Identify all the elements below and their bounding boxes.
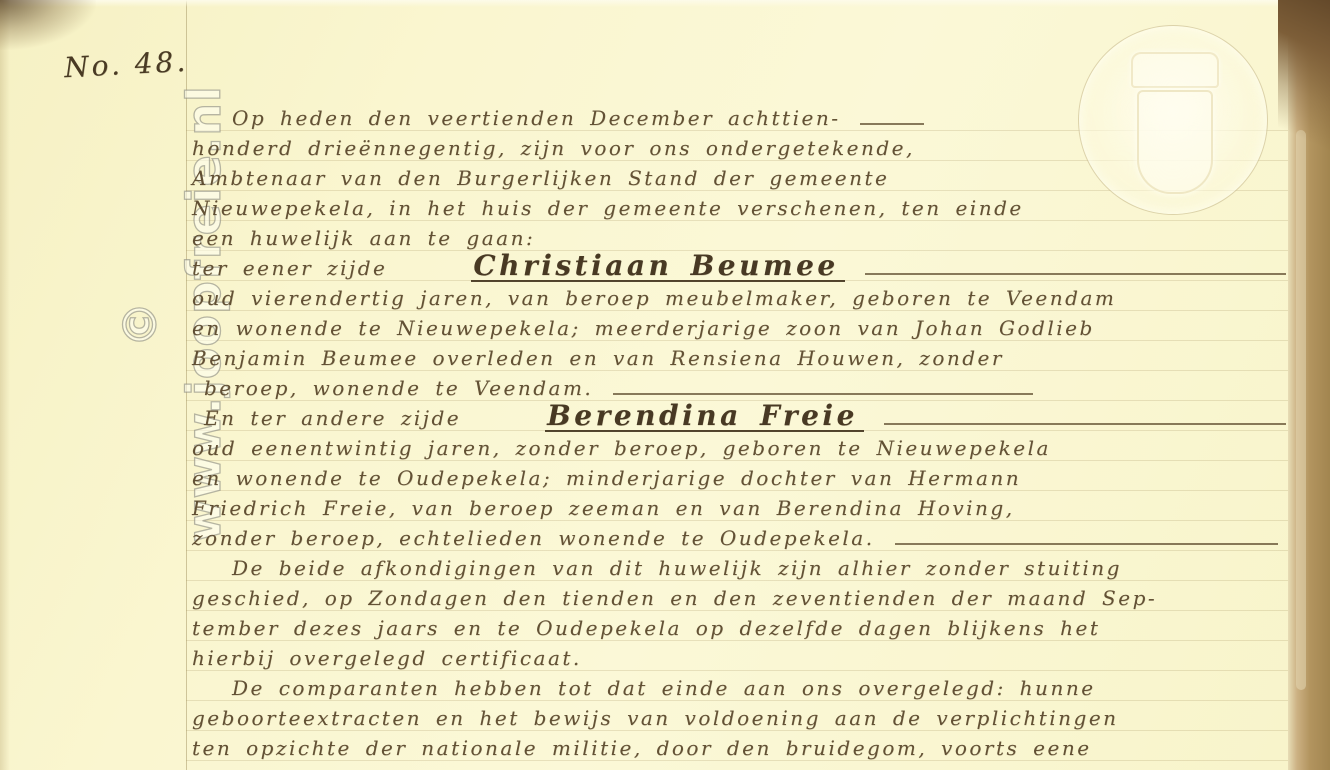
line-text: geboorteextracten en het bewijs van vold… bbox=[192, 703, 1119, 733]
line-text: oud vierendertig jaren, van beroep meube… bbox=[192, 283, 1116, 313]
line-text: Op heden den veertienden December achtti… bbox=[232, 103, 840, 133]
corner-stain-top-left bbox=[0, 0, 96, 50]
flourish-dash bbox=[895, 543, 1278, 545]
document-text: Op heden den veertienden December achtti… bbox=[192, 103, 1288, 763]
document-line: honderd drieënnegentig, zijn voor ons on… bbox=[192, 133, 1288, 163]
document-line: tember dezes jaars en te Oudepekela op d… bbox=[192, 613, 1288, 643]
document-line: Nieuwepekela, in het huis der gemeente v… bbox=[192, 193, 1288, 223]
document-line: geboorteextracten en het bewijs van vold… bbox=[192, 703, 1288, 733]
document-line: zonder beroep, echtelieden wonende te Ou… bbox=[192, 523, 1288, 553]
line-text: en wonende te Nieuwepekela; meerderjarig… bbox=[192, 313, 1095, 343]
line-text: beroep, wonende te Veendam. bbox=[204, 373, 593, 403]
flourish-dash bbox=[860, 123, 924, 125]
line-text: zonder beroep, echtelieden wonende te Ou… bbox=[192, 523, 875, 553]
person-name: Berendina Freie bbox=[545, 403, 864, 432]
document-line: en wonende te Oudepekela; minderjarige d… bbox=[192, 463, 1288, 493]
line-text: Nieuwepekela, in het huis der gemeente v… bbox=[192, 193, 1024, 223]
line-text: en wonende te Oudepekela; minderjarige d… bbox=[192, 463, 1021, 493]
document-line: oud vierendertig jaren, van beroep meube… bbox=[192, 283, 1288, 313]
line-text: honderd drieënnegentig, zijn voor ons on… bbox=[192, 133, 915, 163]
document-line: ten opzichte der nationale militie, door… bbox=[192, 733, 1288, 763]
margin-rule bbox=[186, 0, 187, 770]
flourish-dash bbox=[613, 393, 1033, 395]
document-line: oud eenentwintig jaren, zonder beroep, g… bbox=[192, 433, 1288, 463]
line-text: De comparanten hebben tot dat einde aan … bbox=[232, 673, 1096, 703]
line-text: ten opzichte der nationale militie, door… bbox=[192, 733, 1092, 763]
line-text: hierbij overgelegd certificaat. bbox=[192, 643, 582, 673]
seal-crown-icon bbox=[1131, 52, 1219, 88]
line-text: tember dezes jaars en te Oudepekela op d… bbox=[192, 613, 1100, 643]
document-line: Friedrich Freie, van beroep zeeman en va… bbox=[192, 493, 1288, 523]
line-text: Friedrich Freie, van beroep zeeman en va… bbox=[192, 493, 1015, 523]
document-line: Ambtenaar van den Burgerlijken Stand der… bbox=[192, 163, 1288, 193]
line-text: oud eenentwintig jaren, zonder beroep, g… bbox=[192, 433, 1051, 463]
document-line: hierbij overgelegd certificaat. bbox=[192, 643, 1288, 673]
page-top-edge bbox=[0, 0, 1330, 7]
document-line: en wonende te Nieuwepekela; meerderjarig… bbox=[192, 313, 1288, 343]
document-line: geschied, op Zondagen den tienden en den… bbox=[192, 583, 1288, 613]
line-text: Benjamin Beumee overleden en van Rensien… bbox=[192, 343, 1004, 373]
watermark: © www.joopfreie.nl bbox=[108, 106, 172, 542]
line-text: geschied, op Zondagen den tienden en den… bbox=[192, 583, 1157, 613]
line-text: En ter andere zijde bbox=[204, 403, 461, 433]
person-name: Christiaan Beumee bbox=[471, 253, 844, 282]
page-left-edge bbox=[0, 0, 10, 770]
document-line: De comparanten hebben tot dat einde aan … bbox=[192, 673, 1288, 703]
line-text: ter eener zijde bbox=[192, 253, 387, 283]
document-line: Benjamin Beumee overleden en van Rensien… bbox=[192, 343, 1288, 373]
document-line: Op heden den veertienden December achtti… bbox=[192, 103, 1288, 133]
page-edge-highlight bbox=[1296, 130, 1306, 690]
document-line: De beide afkondigingen van dit huwelijk … bbox=[192, 553, 1288, 583]
document-line: ter eener zijdeChristiaan Beumee bbox=[192, 253, 1288, 283]
line-text: De beide afkondigingen van dit huwelijk … bbox=[232, 553, 1122, 583]
document-page: © www.joopfreie.nl No. 48. Op heden den … bbox=[0, 0, 1330, 770]
flourish-dash bbox=[884, 423, 1286, 425]
flourish-dash bbox=[865, 273, 1286, 275]
act-number: No. 48. bbox=[63, 45, 189, 84]
line-text: Ambtenaar van den Burgerlijken Stand der… bbox=[192, 163, 889, 193]
document-line: En ter andere zijdeBerendina Freie bbox=[192, 403, 1288, 433]
